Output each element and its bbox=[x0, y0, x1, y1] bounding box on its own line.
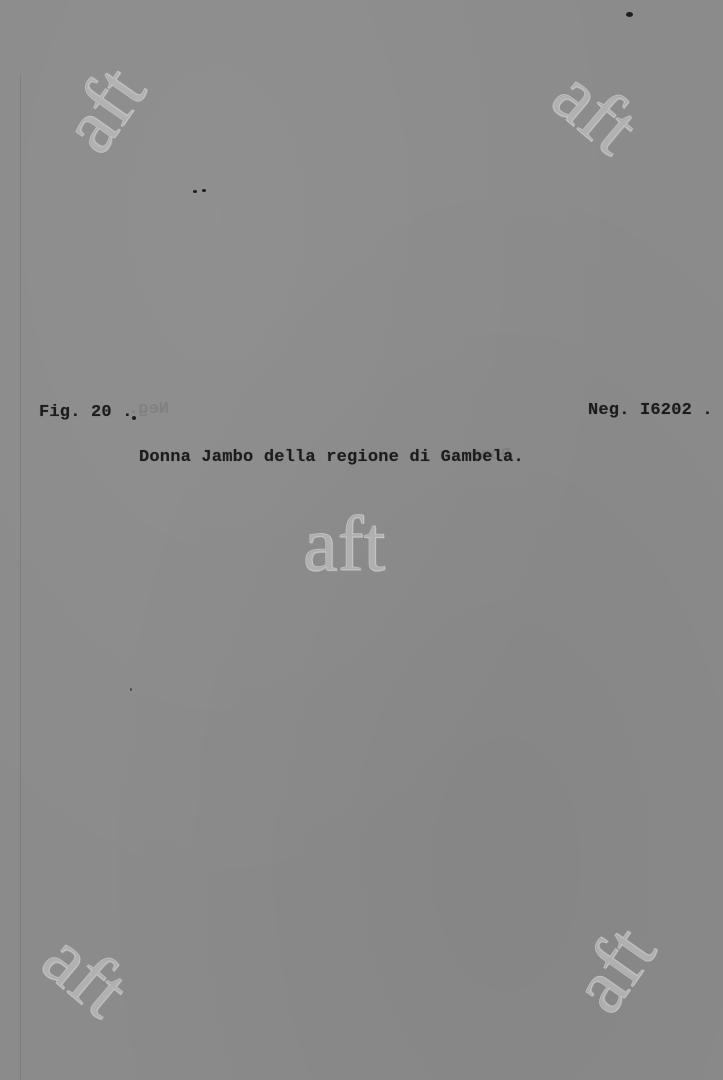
watermark-bottom-right: aft bbox=[558, 913, 669, 1025]
paper-edge-line bbox=[20, 75, 21, 1080]
watermark-top-right: aft bbox=[540, 55, 653, 168]
dust-speck bbox=[130, 688, 132, 691]
scanned-document-page: aft aft aft aft aft Neg. Donn Fig. 20 . … bbox=[0, 0, 723, 1080]
dust-speck bbox=[193, 190, 197, 193]
watermark-bottom-left: aft bbox=[30, 918, 143, 1031]
photo-caption: Donna Jambo della regione di Gambela. bbox=[139, 448, 524, 467]
watermark-top-left: aft bbox=[48, 53, 159, 165]
figure-label: Fig. 20 . bbox=[39, 403, 133, 422]
watermark-center: aft bbox=[303, 505, 385, 583]
negative-number: Neg. I6202 . bbox=[588, 401, 713, 420]
dust-speck bbox=[626, 12, 633, 17]
dust-speck bbox=[132, 416, 136, 420]
dust-speck bbox=[202, 189, 206, 192]
